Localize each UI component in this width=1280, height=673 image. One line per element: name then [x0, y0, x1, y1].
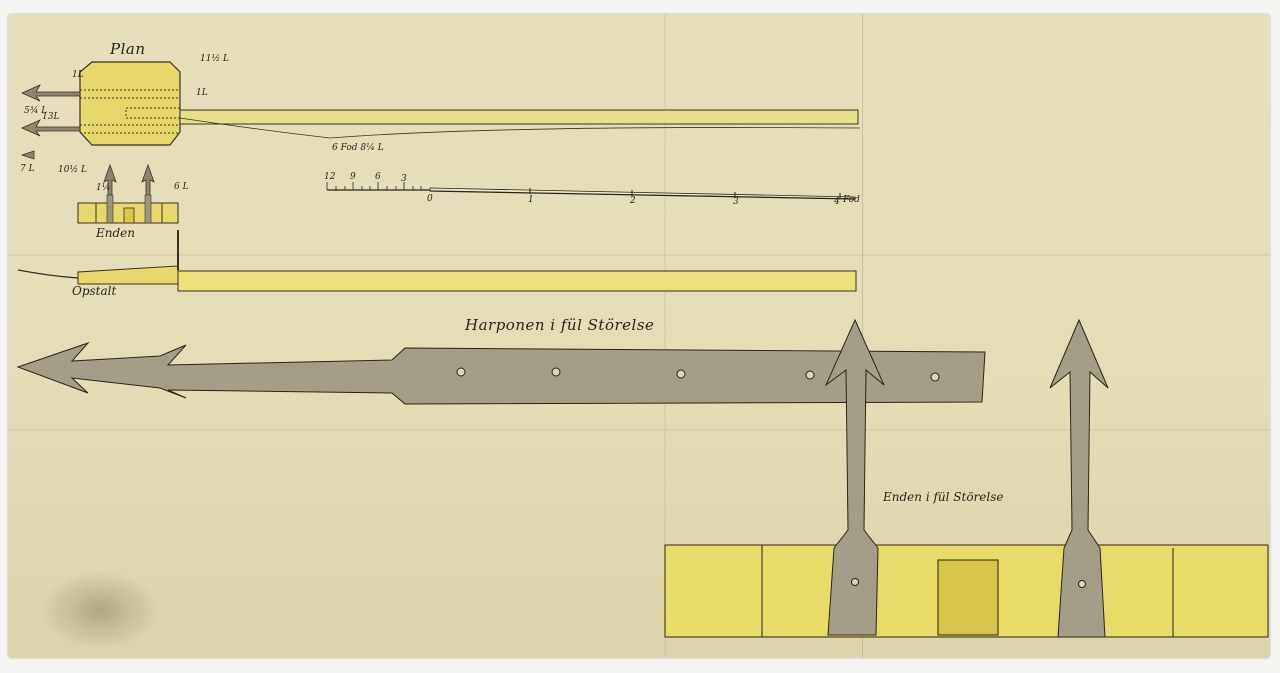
scale-tick-12: 12 [324, 172, 335, 182]
annotation-plan-bottom: 10½ L [58, 165, 87, 175]
scale-tick-6: 6 [375, 172, 381, 182]
scale-tick-9: 9 [350, 172, 356, 182]
enden-label: Enden [96, 226, 135, 240]
scale-unit: Fod [843, 195, 860, 205]
annotation-plan-right: 1L [196, 88, 208, 98]
annotation-plan-upper-left-arrow: 1L [72, 70, 84, 80]
annotation-plan-lower-left-arrow: 13L [42, 112, 59, 122]
enden-full-size-label: Enden i fül Störelse [883, 490, 1004, 504]
opstalt-view [18, 230, 856, 291]
scale-tick-0: 0 [427, 194, 433, 204]
scale-tick-4: 4 [834, 197, 840, 207]
plan-view [22, 62, 860, 200]
plan-label: Plan [110, 40, 146, 58]
annotation-plan-top-right: 11½ L [200, 54, 229, 64]
annotation-plan-arrow-left: 1¼ [96, 183, 110, 193]
drawing-canvas [0, 0, 1280, 673]
scale-tick-1: 1 [528, 195, 534, 205]
scale-tick-3: 3 [401, 174, 407, 184]
scale-tick-3-ft: 3 [733, 197, 739, 207]
enden-small-view [78, 195, 178, 223]
scale-tick-2: 2 [630, 196, 636, 206]
scale-bar [327, 182, 855, 199]
opstalt-label: Opstalt [72, 284, 116, 298]
annotation-plan-bottom-left: 7 L [20, 164, 35, 174]
annotation-shaft-length: 6 Fod 8¼ L [332, 143, 384, 153]
annotation-plan-arrow-right: 6 L [174, 182, 189, 192]
harpoon-full-size-label: Harponen i fül Störelse [465, 316, 654, 334]
